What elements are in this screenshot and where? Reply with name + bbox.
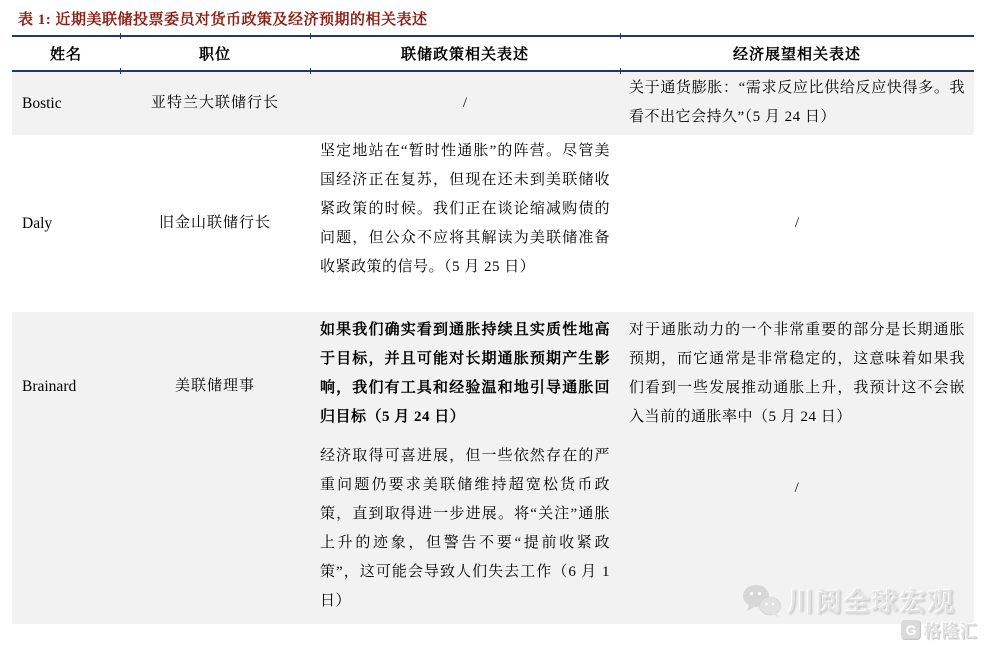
- column-tick: [120, 68, 121, 74]
- wechat-watermark: 川阅全球宏观: [742, 582, 956, 619]
- column-header-outlook: 经济展望相关表述: [620, 43, 974, 64]
- report-page: 表 1: 近期美联储投票委员对货币政策及经济预期的相关表述 姓名 职位 联储政策…: [0, 0, 986, 645]
- table-row-bostic: Bostic 亚特兰大联储行长 / 关于通货膨胀：“需求反应比供给反应快得多。我…: [12, 72, 974, 135]
- policy-paragraph-2: 经济取得可喜进展，但一些依然存在的严重问题仍要求美联储维持超宽松货币政策，直到取…: [320, 442, 610, 616]
- column-header-position: 职位: [120, 43, 310, 64]
- cell-position: 美联储理事: [120, 312, 310, 618]
- header-bottom-rule: [12, 70, 974, 72]
- outlook-paragraph: 对于通胀动力的一个非常重要的部分是长期通胀预期，而它通常是非常稳定的，这意味着如…: [629, 316, 965, 432]
- gelonghui-icon: G: [901, 620, 921, 640]
- column-tick: [620, 33, 621, 39]
- outlook-placeholder: /: [629, 474, 965, 503]
- column-header-policy: 联储政策相关表述: [310, 43, 620, 64]
- cell-position: 亚特兰大联储行长: [120, 72, 310, 135]
- watermark-label: 川阅全球宏观: [788, 582, 956, 619]
- table-row-brainard: Brainard 美联储理事 如果我们确实看到通胀持续且实质性地高于目标，并且可…: [12, 312, 974, 624]
- column-tick: [310, 33, 311, 39]
- cell-outlook: 对于通胀动力的一个非常重要的部分是长期通胀预期，而它通常是非常稳定的，这意味着如…: [620, 312, 974, 618]
- cell-outlook-placeholder: /: [620, 135, 974, 312]
- gelonghui-logo: G 格隆汇: [901, 617, 978, 642]
- cell-name: Bostic: [12, 72, 120, 135]
- cell-outlook: 关于通货膨胀：“需求反应比供给反应快得多。我看不出它会持久”（5 月 24 日）: [620, 72, 974, 135]
- cell-policy: 如果我们确实看到通胀持续且实质性地高于目标，并且可能对长期通胀预期产生影响，我们…: [310, 312, 620, 618]
- wechat-icon: [742, 583, 782, 619]
- table-header-row: 姓名 职位 联储政策相关表述 经济展望相关表述: [12, 37, 974, 70]
- table-top-rule: [12, 35, 974, 37]
- table-title: 表 1: 近期美联储投票委员对货币政策及经济预期的相关表述: [0, 0, 986, 35]
- column-tick: [310, 68, 311, 74]
- table-row-daly: Daly 旧金山联储行长 坚定地站在“暂时性通胀”的阵营。尽管美国经济正在复苏，…: [12, 135, 974, 312]
- cell-name: Daly: [12, 135, 120, 312]
- cell-policy-placeholder: /: [310, 72, 620, 135]
- column-header-name: 姓名: [12, 43, 120, 64]
- gelonghui-label: 格隆汇: [924, 617, 978, 642]
- cell-position: 旧金山联储行长: [120, 135, 310, 312]
- policy-paragraph-1: 如果我们确实看到通胀持续且实质性地高于目标，并且可能对长期通胀预期产生影响，我们…: [320, 316, 610, 432]
- column-tick: [620, 68, 621, 74]
- column-tick: [120, 33, 121, 39]
- cell-policy: 坚定地站在“暂时性通胀”的阵营。尽管美国经济正在复苏，但现在还未到美联储收紧政策…: [310, 135, 620, 312]
- fed-statements-table: 姓名 职位 联储政策相关表述 经济展望相关表述 Bostic 亚特兰大联储行长 …: [12, 35, 974, 624]
- cell-name: Brainard: [12, 312, 120, 618]
